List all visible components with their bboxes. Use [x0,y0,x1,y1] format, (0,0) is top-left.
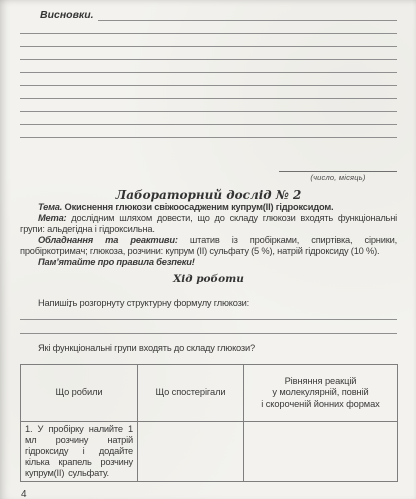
cell-actions-step-1: 1. У пробірку налийте 1 мл розчину натрі… [21,422,138,482]
column-header-observations: Що спостерігали [138,365,244,422]
column-header-actions: Що робили [21,365,138,422]
ruled-line [20,86,397,99]
theme-paragraph: Тема. Окиснення глюкози свіжоосадженим к… [20,202,397,213]
date-field: (число, місяць) [279,158,397,182]
cell-observations-step-1 [138,422,244,482]
conclusions-label: Висновки. [20,9,94,21]
conclusions-blank-lines [20,21,397,138]
table-header-row: Що робили Що спостерігали Рівняння реакц… [21,365,398,422]
column-header-equations: Рівняння реакцій у молекулярній, повній … [244,365,398,422]
formula-write-line-1 [20,309,397,320]
formula-prompt: Напишіть розгорнуту структурну формулу г… [20,298,397,309]
ruled-line [20,47,397,60]
functional-groups-question: Які функціональні групи входять до склад… [20,343,397,354]
theme-label: Тема. [38,202,62,212]
ruled-line [20,112,397,125]
ruled-line [20,34,397,47]
ruled-line [20,99,397,112]
ruled-line [98,20,397,21]
ruled-line [20,125,397,138]
date-caption: (число, місяць) [279,172,397,182]
ruled-line [20,73,397,86]
ruled-line [20,60,397,73]
theme-text: Окиснення глюкози свіжоосадженим купрум(… [65,202,334,212]
equipment-label: Обладнання та реактиви: [38,235,178,245]
table-row: 1. У пробірку налийте 1 мл розчину натрі… [21,422,398,482]
goal-text: дослідним шляхом довести, що до складу г… [20,213,397,234]
goal-paragraph: Мета: дослідним шляхом довести, що до ск… [20,213,397,235]
procedure-heading: Хід роботи [20,273,397,286]
equipment-paragraph: Обладнання та реактиви: штатив із пробір… [20,235,397,257]
date-write-line [279,158,397,172]
page-number: 4 [20,489,397,499]
formula-write-line-2 [20,320,397,334]
observation-table: Що робили Що спостерігали Рівняння реакц… [20,364,398,482]
workbook-page: Висновки. (число, місяць) Лабораторний д… [0,0,416,499]
conclusions-header-row: Висновки. [20,8,397,21]
ruled-line [20,21,397,34]
cell-equations-step-1 [244,422,398,482]
goal-label: Мета: [38,213,66,223]
experiment-title: Лабораторний дослід № 2 [20,188,397,202]
safety-note: Пам’ятайте про правила безпеки! [20,257,397,268]
scan-artifact-dot [69,305,71,307]
